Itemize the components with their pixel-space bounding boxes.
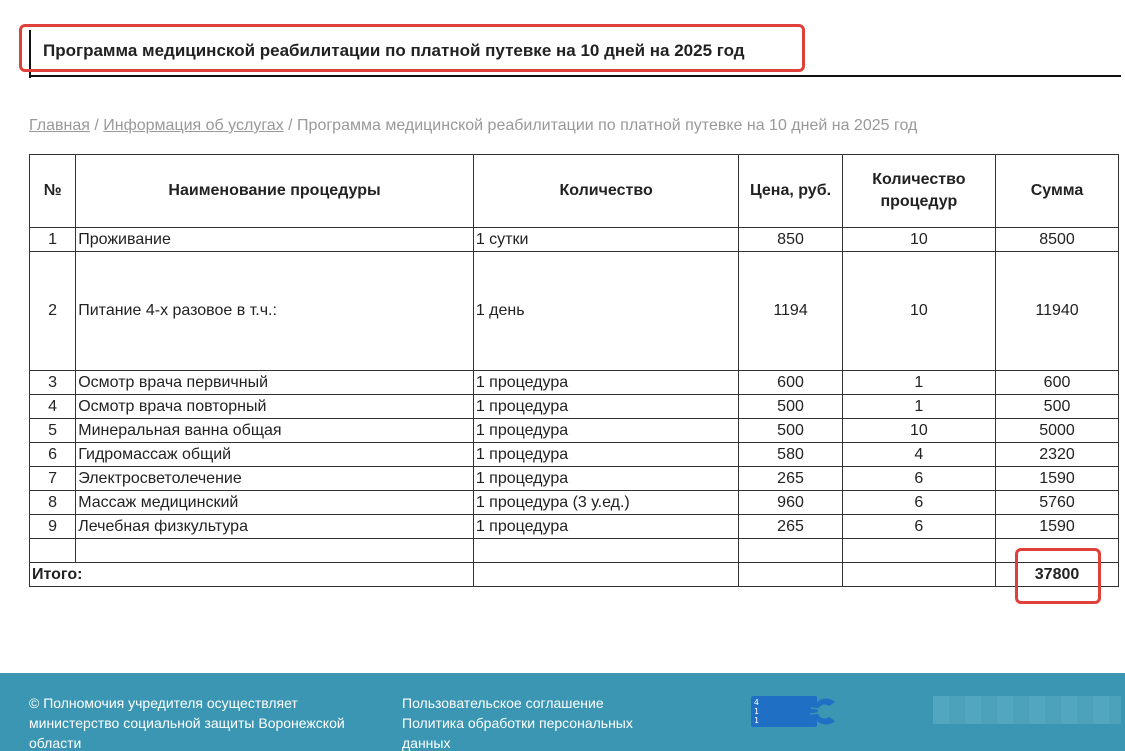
empty-cell: [739, 563, 842, 587]
price-cell: 600: [739, 371, 842, 395]
table-row: 3Осмотр врача первичный1 процедура600160…: [30, 371, 1119, 395]
row-number-cell: 5: [30, 419, 76, 443]
header-procedure-count: Количество процедур: [842, 155, 995, 228]
row-number-cell: 1: [30, 228, 76, 252]
breadcrumb-separator: /: [90, 117, 103, 134]
sum-cell: 8500: [996, 228, 1119, 252]
table-row: 2Питание 4-х разовое в т.ч.:1 день119410…: [30, 252, 1119, 371]
blurred-badge: [933, 696, 1121, 724]
header-sum: Сумма: [996, 155, 1119, 228]
breadcrumb-home-link[interactable]: Главная: [29, 117, 90, 134]
total-value: 37800: [996, 563, 1119, 587]
empty-cell: [842, 563, 995, 587]
sum-cell: 600: [996, 371, 1119, 395]
privacy-policy-link[interactable]: Политика обработки персональных данных: [402, 713, 662, 751]
table-row: 7Электросветолечение1 процедура26561590: [30, 467, 1119, 491]
breadcrumb-current: Программа медицинской реабилитации по пл…: [297, 117, 917, 134]
procedure-name-cell: Питание 4-х разовое в т.ч.:: [76, 252, 474, 371]
quantity-cell: 1 процедура: [473, 467, 739, 491]
row-number-cell: 6: [30, 443, 76, 467]
procedure-name-cell: Осмотр врача первичный: [76, 371, 474, 395]
sum-cell: 2320: [996, 443, 1119, 467]
quantity-cell: 1 сутки: [473, 228, 739, 252]
price-cell: 960: [739, 491, 842, 515]
header-divider: [29, 75, 31, 78]
table-row: 9Лечебная физкультура1 процедура26561590: [30, 515, 1119, 539]
counter-digit: 4: [754, 698, 814, 707]
procedure-name-cell: Массаж медицинский: [76, 491, 474, 515]
liveinternet-counter-icon: [807, 696, 839, 727]
price-cell: 265: [739, 515, 842, 539]
procedure-count-cell: 1: [842, 371, 995, 395]
sum-cell: 5760: [996, 491, 1119, 515]
quantity-cell: 1 процедура: [473, 515, 739, 539]
visitor-counter[interactable]: 4 1 1: [751, 696, 839, 727]
user-agreement-link[interactable]: Пользовательское соглашение: [402, 693, 662, 713]
quantity-cell: 1 процедура (3 у.ед.): [473, 491, 739, 515]
procedure-count-cell: 10: [842, 252, 995, 371]
procedure-name-cell: Проживание: [76, 228, 474, 252]
procedure-count-cell: 6: [842, 515, 995, 539]
empty-cell: [473, 539, 739, 563]
sum-cell: 5000: [996, 419, 1119, 443]
sum-cell: 1590: [996, 467, 1119, 491]
row-number-cell: 4: [30, 395, 76, 419]
procedure-count-cell: 10: [842, 228, 995, 252]
row-number-cell: 3: [30, 371, 76, 395]
header-procedure-name: Наименование процедуры: [76, 155, 474, 228]
page-header: Программа медицинской реабилитации по пл…: [29, 30, 1121, 77]
row-number-cell: 9: [30, 515, 76, 539]
table-row: 1Проживание1 сутки850108500: [30, 228, 1119, 252]
counter-digit: 1: [754, 716, 814, 725]
breadcrumb: Главная / Информация об услугах / Програ…: [29, 117, 917, 135]
total-label: Итого:: [30, 563, 474, 587]
total-row: Итого: 37800: [30, 563, 1119, 587]
row-number-cell: 2: [30, 252, 76, 371]
row-number-cell: 7: [30, 467, 76, 491]
procedure-name-cell: Осмотр врача повторный: [76, 395, 474, 419]
empty-cell: [739, 539, 842, 563]
procedure-name-cell: Электросветолечение: [76, 467, 474, 491]
header-quantity: Количество: [473, 155, 739, 228]
row-number-cell: 8: [30, 491, 76, 515]
program-table: № Наименование процедуры Количество Цена…: [29, 154, 1119, 587]
breadcrumb-separator: /: [284, 117, 297, 134]
price-cell: 580: [739, 443, 842, 467]
empty-cell: [30, 539, 76, 563]
price-cell: 850: [739, 228, 842, 252]
procedure-count-cell: 6: [842, 467, 995, 491]
header-procedure-count-label: Количество процедур: [869, 169, 969, 213]
procedure-count-cell: 1: [842, 395, 995, 419]
header-number: №: [30, 155, 76, 228]
price-cell: 500: [739, 419, 842, 443]
sum-cell: 11940: [996, 252, 1119, 371]
breadcrumb-services-link[interactable]: Информация об услугах: [103, 117, 283, 134]
procedure-count-cell: 6: [842, 491, 995, 515]
table-row: 4Осмотр врача повторный1 процедура500150…: [30, 395, 1119, 419]
price-cell: 1194: [739, 252, 842, 371]
quantity-cell: 1 процедура: [473, 419, 739, 443]
footer-copyright: © Полномочия учредителя осуществляет мин…: [29, 693, 369, 751]
empty-cell: [842, 539, 995, 563]
empty-row: [30, 539, 1119, 563]
header-price: Цена, руб.: [739, 155, 842, 228]
empty-cell: [76, 539, 474, 563]
procedure-name-cell: Лечебная физкультура: [76, 515, 474, 539]
table-row: 6Гидромассаж общий1 процедура58042320: [30, 443, 1119, 467]
quantity-cell: 1 процедура: [473, 371, 739, 395]
empty-cell: [473, 563, 739, 587]
sum-cell: 1590: [996, 515, 1119, 539]
table-header-row: № Наименование процедуры Количество Цена…: [30, 155, 1119, 228]
sum-cell: 500: [996, 395, 1119, 419]
quantity-cell: 1 процедура: [473, 443, 739, 467]
table-row: 8Массаж медицинский1 процедура (3 у.ед.)…: [30, 491, 1119, 515]
procedure-name-cell: Минеральная ванна общая: [76, 419, 474, 443]
price-cell: 265: [739, 467, 842, 491]
quantity-cell: 1 процедура: [473, 395, 739, 419]
counter-digit: 1: [754, 707, 814, 716]
procedure-name-cell: Гидромассаж общий: [76, 443, 474, 467]
procedure-count-cell: 10: [842, 419, 995, 443]
price-cell: 500: [739, 395, 842, 419]
quantity-cell: 1 день: [473, 252, 739, 371]
empty-cell: [996, 539, 1119, 563]
page-title: Программа медицинской реабилитации по пл…: [43, 41, 745, 61]
footer-links: Пользовательское соглашение Политика обр…: [402, 693, 662, 751]
site-footer: © Полномочия учредителя осуществляет мин…: [0, 673, 1125, 751]
procedure-count-cell: 4: [842, 443, 995, 467]
table-row: 5Минеральная ванна общая1 процедура50010…: [30, 419, 1119, 443]
